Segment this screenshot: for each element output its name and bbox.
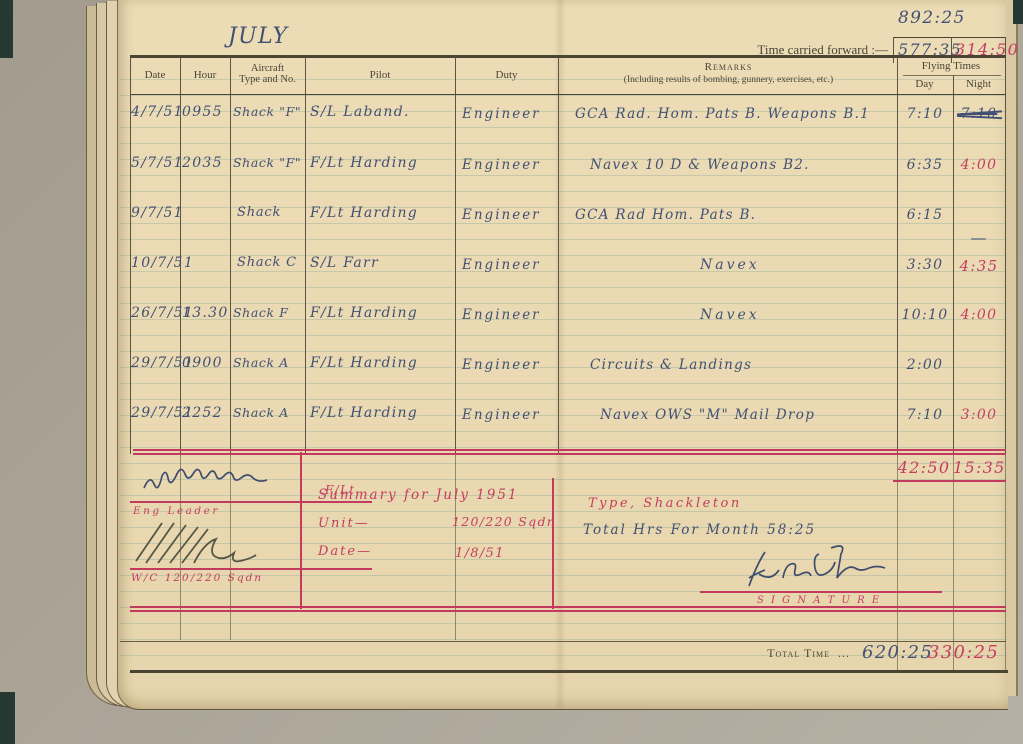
cell-remarks: Navex OWS "M" Mail Drop (600, 407, 815, 423)
cell-night: 4:00 (953, 157, 1005, 173)
col-header-date: Date (130, 69, 180, 81)
cell-day: 6:15 (897, 207, 953, 223)
cell-hour: 2035 (182, 155, 223, 171)
cell-date: 4/7/51 (131, 104, 184, 120)
logbook-scan: JULY 892:25 Time carried forward :— 577:… (0, 0, 1023, 744)
cell-aircraft: Shack F (233, 305, 289, 320)
col-header-pilot: Pilot (305, 69, 455, 81)
cell-day: 7:10 (897, 407, 953, 423)
cell-pilot: S/L Farr (310, 255, 379, 271)
cell-remarks: GCA Rad Hom. Pats B. (575, 207, 756, 223)
commanding-officer-signature (128, 515, 298, 571)
grand-total-day: 620:25 (862, 642, 933, 663)
cell-pilot: F/Lt Harding (310, 305, 418, 321)
cell-pilot: F/Lt Harding (310, 155, 418, 171)
cell-aircraft: Shack A (233, 405, 289, 420)
cell-date: 9/7/51 (131, 205, 184, 221)
cell-night: 4:35 (953, 257, 1005, 275)
cell-pilot: F/Lt Harding (310, 205, 418, 221)
cell-duty: Engineer (462, 357, 541, 373)
col-header-duty: Duty (455, 69, 558, 81)
cell-hour: 2252 (182, 405, 223, 421)
cell-pilot: F/Lt Harding (310, 355, 418, 371)
cell-day: 3:30 (897, 257, 953, 273)
cell-night-struck: 7:10 (953, 106, 1005, 122)
cell-day: 2:00 (897, 357, 953, 373)
summary-unit-value: 120/220 Sqdn (452, 514, 556, 529)
cell-duty: Engineer (462, 307, 541, 323)
cell-pilot: S/L Laband. (310, 104, 410, 120)
cell-aircraft: Shack "F" (233, 155, 301, 170)
cell-pilot: F/Lt Harding (310, 405, 418, 421)
summary-title: Summary for July 1951 (318, 487, 519, 503)
summary-date-value: 1/8/51 (455, 546, 505, 561)
cell-duty: Engineer (462, 207, 541, 223)
grand-total-night: 330:25 (928, 642, 999, 663)
cell-day: 10:10 (897, 307, 953, 323)
sig2-caption: W/C 120/220 Sqdn (131, 572, 263, 584)
cell-hour: 0900 (182, 355, 223, 371)
grand-total-note: 892:25 (898, 8, 966, 28)
col-header-flying-times: Flying Times (897, 60, 1005, 72)
month-total-day: 42:50 (895, 458, 953, 477)
page-gutter-shadow (554, 0, 566, 710)
col-header-remarks-sub: (Including results of bombing, gunnery, … (562, 75, 895, 85)
cover-corner (1013, 0, 1023, 24)
cell-remarks: Circuits & Landings (590, 357, 752, 373)
cell-hour: 13.30 (182, 305, 229, 321)
signature-label: S I G N A T U R E (757, 595, 881, 606)
col-header-night: Night (952, 78, 1005, 90)
cell-night-dash: — (953, 228, 1005, 247)
eng-leader-signature (140, 458, 300, 502)
page-right-edge (1006, 0, 1018, 696)
cell-remarks: Navex (700, 257, 760, 273)
total-time-label: Total Time ... (700, 646, 850, 661)
cell-duty: Engineer (462, 257, 541, 273)
col-header-hour: Hour (180, 69, 230, 81)
cell-remarks: GCA Rad. Hom. Pats B. Weapons B.1 (575, 106, 870, 122)
cell-date: 5/7/51 (131, 155, 184, 171)
month-label: JULY (228, 24, 288, 49)
col-header-remarks-title: Remarks (562, 61, 895, 73)
cell-aircraft: Shack "F" (233, 104, 301, 119)
cell-duty: Engineer (462, 157, 541, 173)
cell-duty: Engineer (462, 407, 541, 423)
cell-night: 3:00 (953, 407, 1005, 423)
summary-unit-label: Unit— (318, 516, 370, 531)
cover-corner (0, 692, 15, 744)
col-header-day: Day (897, 78, 952, 90)
cover-corner (0, 0, 13, 58)
summary-type-line: Type, Shackleton (588, 496, 742, 511)
cell-day: 7:10 (897, 106, 953, 122)
col-header-aircraft: Aircraft Type and No. (230, 63, 305, 85)
cell-day: 6:35 (897, 157, 953, 173)
summary-total-hours: Total Hrs For Month 58:25 (583, 522, 816, 538)
cell-aircraft: Shack C (237, 255, 297, 270)
pilot-signature (735, 544, 905, 590)
cell-remarks: Navex 10 D & Weapons B2. (590, 157, 810, 173)
cell-aircraft: Shack (237, 205, 281, 220)
cell-date: 10/7/51 (131, 255, 194, 271)
cell-remarks: Navex (700, 307, 760, 323)
cell-duty: Engineer (462, 106, 541, 122)
cell-aircraft: Shack A (233, 355, 289, 370)
summary-date-label: Date— (318, 544, 372, 559)
month-total-night: 15:35 (953, 458, 1005, 477)
cell-hour: 0955 (182, 104, 223, 120)
cell-night: 4:00 (953, 307, 1005, 323)
